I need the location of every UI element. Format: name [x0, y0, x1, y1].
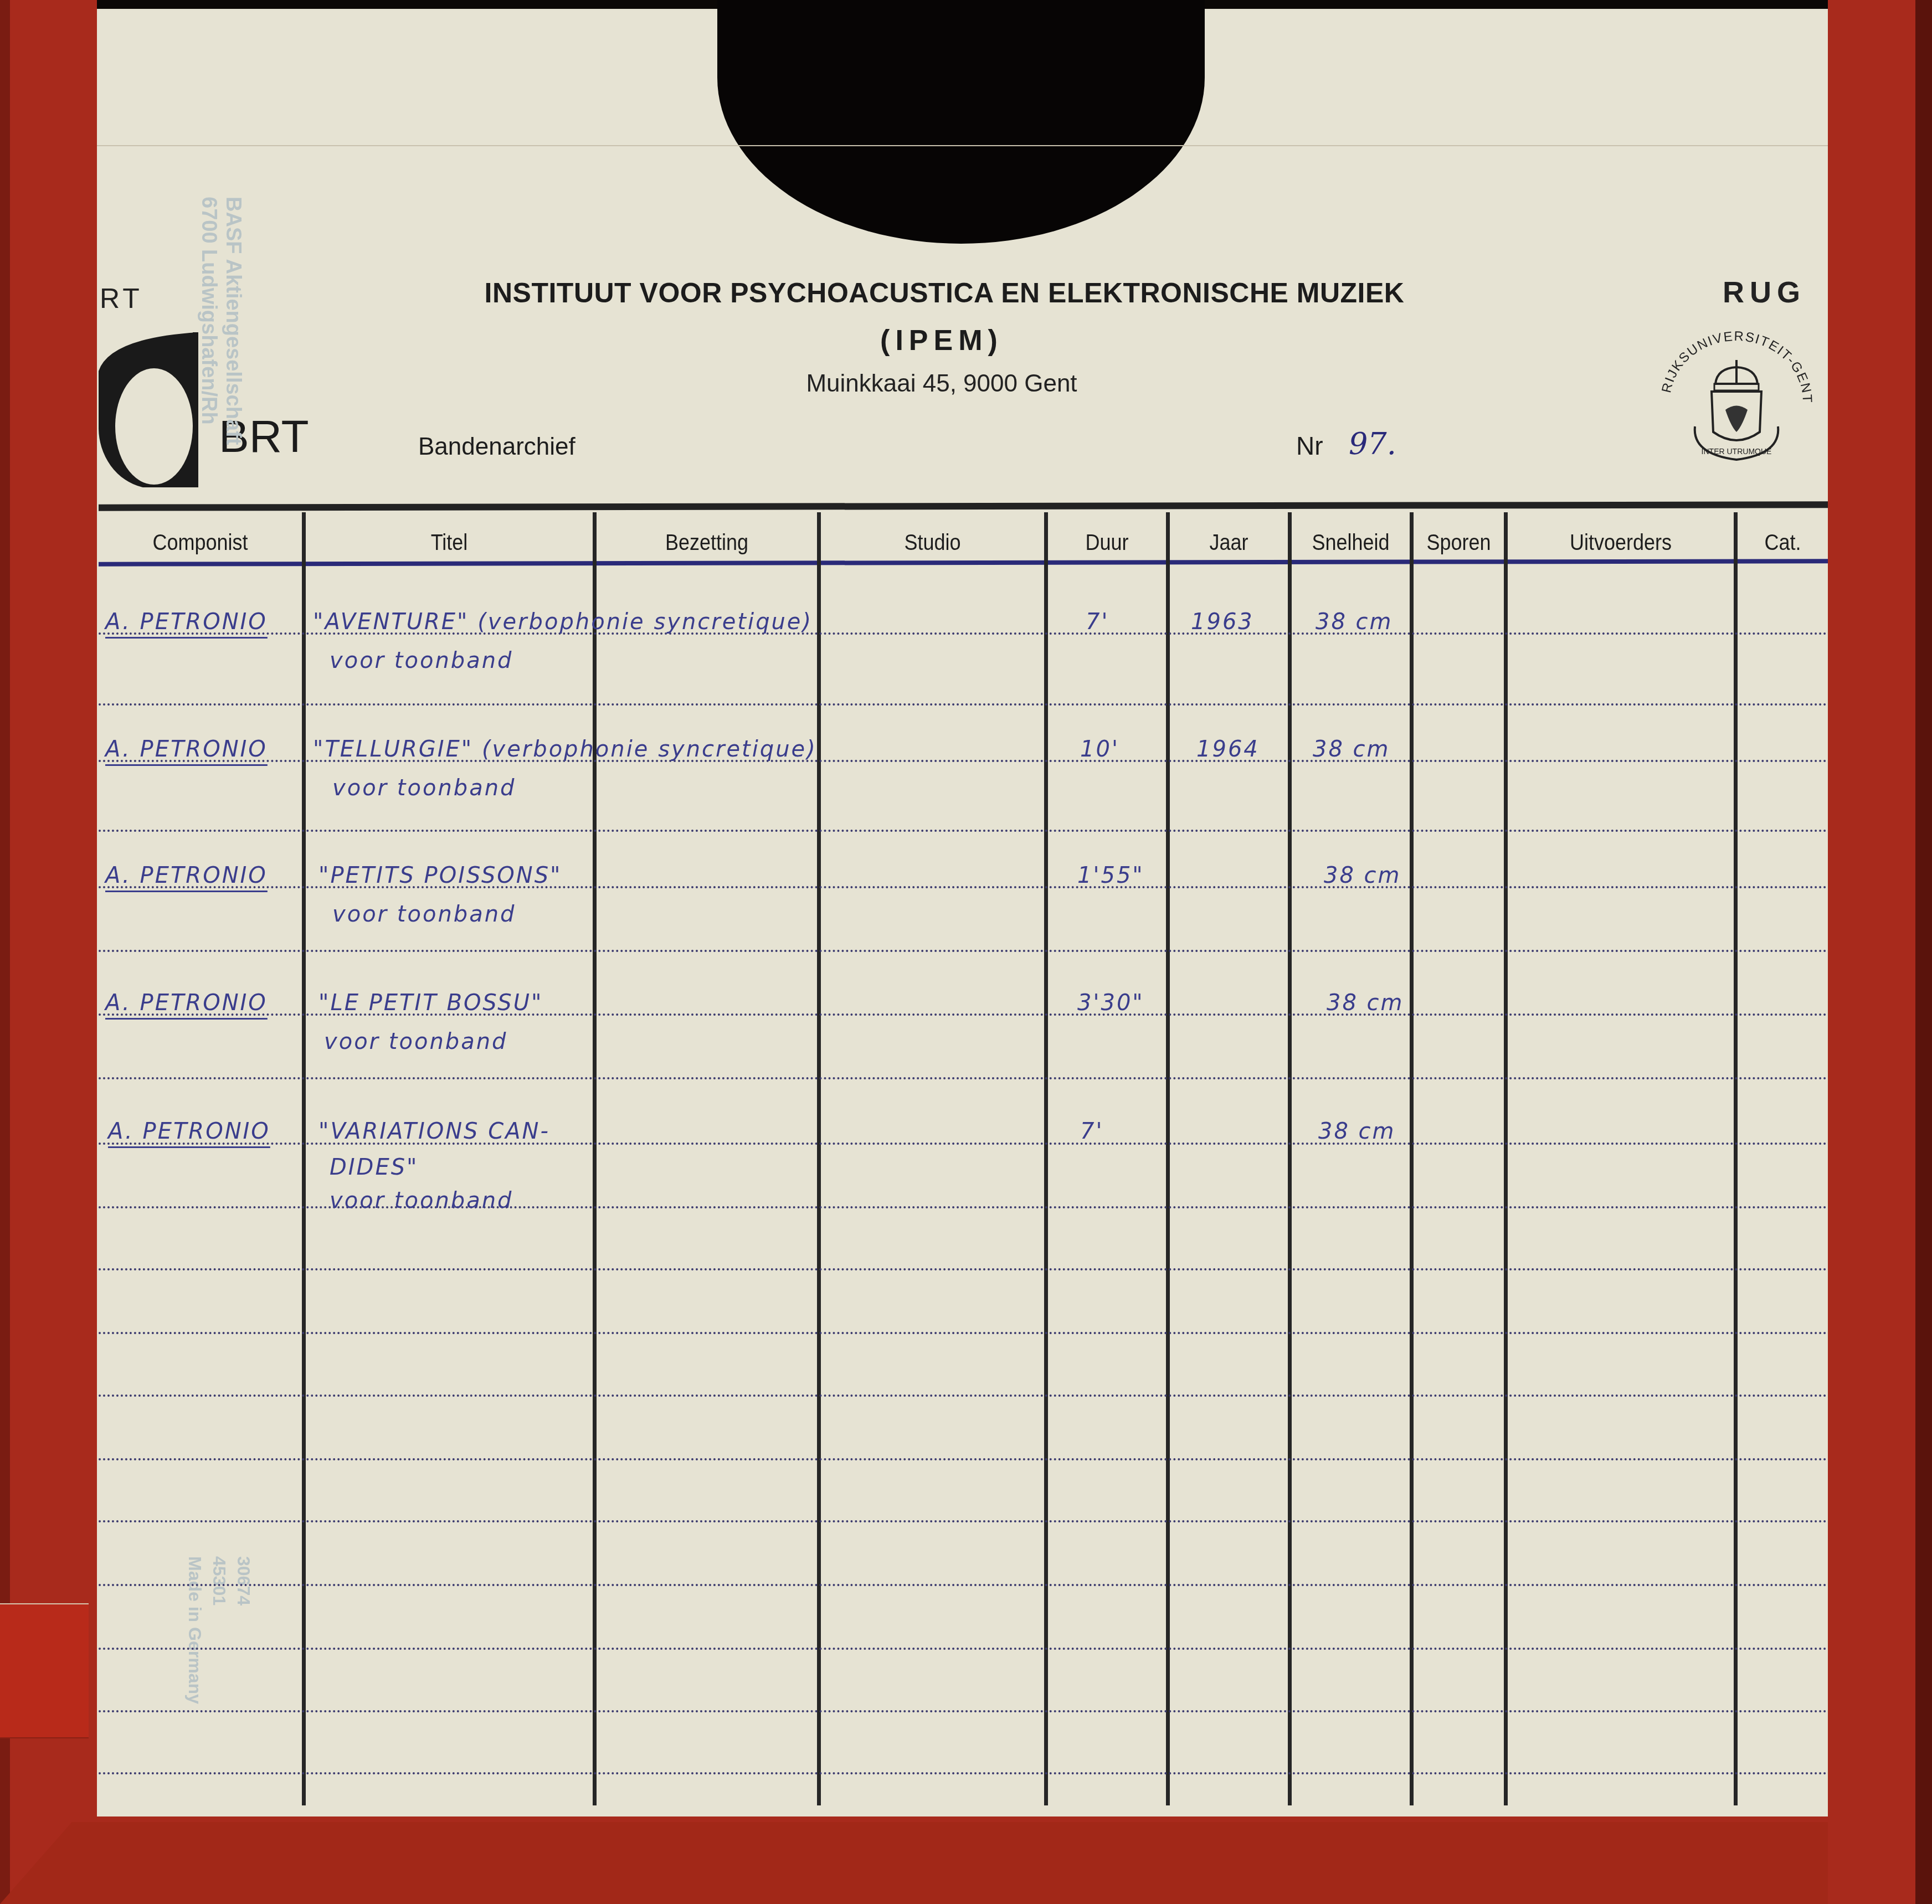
ruled-line — [99, 1077, 1828, 1079]
cell-duur: 3'30" — [1077, 990, 1144, 1016]
column-divider — [817, 512, 821, 1805]
cell-jaar: 1963 — [1191, 609, 1254, 635]
column-header-uitvoerders: Uitvoerders — [1519, 531, 1722, 555]
column-divider — [1734, 512, 1738, 1805]
ruled-line — [99, 1458, 1828, 1460]
side-print-line: Made in Germany — [185, 1556, 205, 1704]
cell-componist: A. PETRONIO — [105, 737, 268, 762]
cell-duur: 10' — [1080, 737, 1119, 762]
column-header-bezetting: Bezetting — [608, 531, 806, 555]
institute-abbr: (IPEM) — [792, 324, 1091, 357]
ruled-line — [99, 1268, 1828, 1270]
brt-corner-text: RT — [100, 282, 143, 315]
side-print-product: 30674 45301 Made in Germany — [183, 1556, 256, 1704]
ruled-line — [99, 1710, 1828, 1712]
column-header-sporen: Sporen — [1418, 531, 1499, 555]
cell-snelheid: 38 cm — [1327, 990, 1404, 1016]
ruled-line — [99, 1332, 1828, 1334]
column-header-componist: Componist — [109, 531, 291, 555]
ruled-line — [99, 1520, 1828, 1522]
card-fold-line — [97, 145, 1828, 146]
institute-address: Muinkkaai 45, 9000 Gent — [720, 370, 1163, 398]
cell-duur: 7' — [1080, 1119, 1103, 1144]
side-print-line: 45301 — [209, 1556, 229, 1605]
cell-snelheid: 38 cm — [1318, 1119, 1396, 1144]
cell-titel: "TELLURGIE" (verbophonie syncretique) — [313, 737, 817, 762]
cell-titel: "VARIATIONS CAN- — [318, 1119, 550, 1144]
cell-titel: "AVENTURE" (verbophonie syncretique) — [313, 609, 813, 635]
institute-title: INSTITUUT VOOR PSYCHOACUSTICA EN ELEKTRO… — [388, 277, 1501, 309]
side-print-manufacturer: BASF Aktiengesellschaft 6700 Ludwigshafe… — [197, 197, 245, 445]
ruled-line — [99, 1772, 1828, 1774]
column-divider — [1166, 512, 1170, 1805]
cell-snelheid: 38 cm — [1313, 737, 1390, 762]
svg-text:INTER UTRUMQUE: INTER UTRUMQUE — [1702, 447, 1772, 456]
cell-titel-line2: DIDES" — [330, 1155, 418, 1180]
cell-snelheid: 38 cm — [1316, 609, 1393, 635]
column-divider — [1410, 512, 1414, 1805]
cell-titel-line2: voor toonband — [324, 1029, 507, 1054]
cell-titel-line2: voor toonband — [332, 775, 516, 801]
university-seal-icon: RIJKSUNIVERSITEIT-GENT INTER UTRUMQUE — [1653, 330, 1820, 474]
sleeve-bottom-fold — [0, 1822, 1828, 1904]
column-header-duur: Duur — [1054, 531, 1160, 555]
cell-duur: 7' — [1086, 609, 1109, 635]
side-print-line: 30674 — [234, 1556, 254, 1605]
ruled-line — [99, 1584, 1828, 1586]
column-divider — [1044, 512, 1048, 1805]
brt-logo-icon — [99, 332, 198, 487]
ruled-line — [99, 830, 1828, 832]
cell-titel-line3: voor toonband — [330, 1188, 513, 1213]
column-divider — [1504, 512, 1508, 1805]
nr-label: Nr — [1296, 431, 1323, 461]
column-header-studio: Studio — [832, 531, 1033, 555]
cell-titel-line2: voor toonband — [332, 902, 516, 927]
cell-componist: A. PETRONIO — [108, 1119, 270, 1144]
side-print-line: BASF Aktiengesellschaft — [222, 197, 245, 445]
cell-jaar: 1964 — [1196, 737, 1260, 762]
column-header-cat: Cat. — [1742, 531, 1823, 555]
ruled-line — [99, 950, 1828, 952]
column-header-snelheid: Snelheid — [1298, 531, 1404, 555]
cell-componist: A. PETRONIO — [105, 609, 268, 635]
cell-duur: 1'55" — [1077, 863, 1144, 888]
side-print-line: 6700 Ludwigshafen/Rh — [197, 197, 220, 425]
column-divider — [1288, 512, 1292, 1805]
archive-label: Bandenarchief — [418, 433, 576, 461]
cell-titel: "PETITS POISSONS" — [318, 863, 562, 888]
university-abbr: RUG — [1723, 275, 1806, 310]
column-divider — [302, 512, 306, 1805]
cell-componist: A. PETRONIO — [105, 990, 268, 1016]
sleeve-right-edge — [1915, 0, 1932, 1904]
cell-titel-line2: voor toonband — [330, 648, 513, 673]
column-divider — [593, 512, 597, 1805]
ruled-line — [99, 703, 1828, 706]
ruled-line — [99, 1648, 1828, 1650]
column-header-titel: Titel — [320, 531, 578, 555]
column-header-jaar: Jaar — [1176, 531, 1282, 555]
nr-value: 97. — [1349, 426, 1396, 461]
cell-titel: "LE PETIT BOSSU" — [318, 990, 543, 1016]
cell-snelheid: 38 cm — [1324, 863, 1401, 888]
cell-componist: A. PETRONIO — [105, 863, 268, 888]
sleeve-label-tab — [0, 1603, 89, 1738]
ruled-line — [99, 1394, 1828, 1397]
